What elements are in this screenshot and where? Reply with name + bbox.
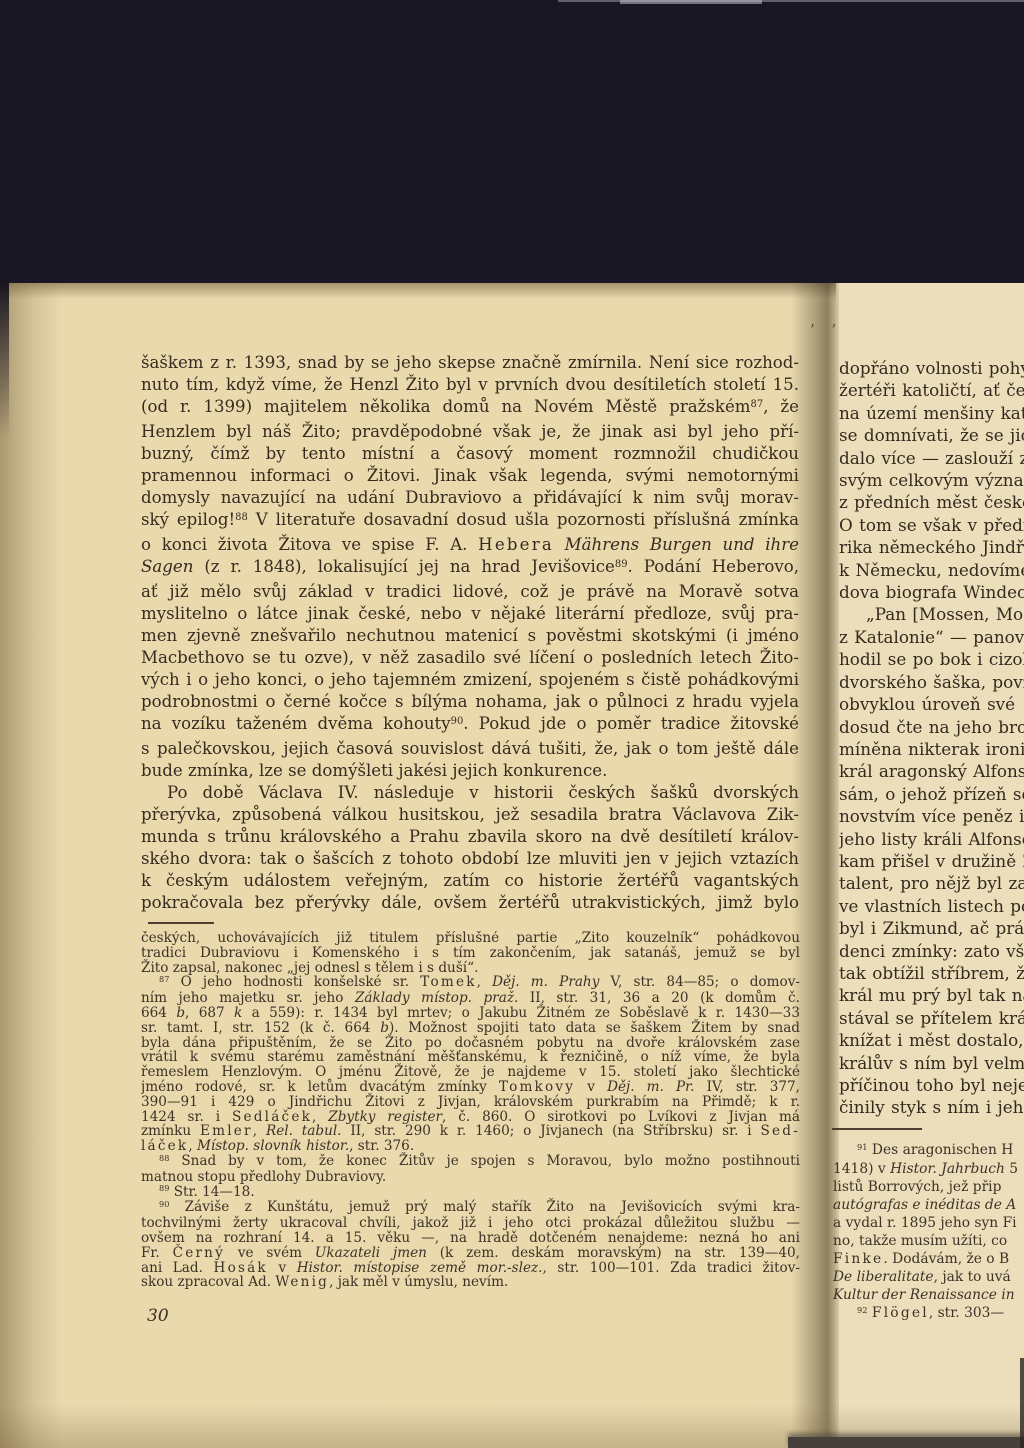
text-line: ať již mělo svůj základ v tradici lidové… (141, 581, 799, 603)
text-line: šaškem z r. 1393, snad by se jeho skepse… (141, 352, 799, 374)
text-line: se domnívati, že se jic (839, 424, 1024, 446)
text-line: O tom se však v předn (839, 514, 1024, 536)
text-line: Henzlem byl náš Žito; pravděpodobné však… (141, 421, 799, 443)
text-line: dopřáno volnosti pohy (839, 357, 1024, 379)
text-line: denci zmínky: zato vša (839, 940, 1024, 962)
text-line: svým celkovým význa (839, 469, 1024, 491)
text-line: 1418) v Histor. Jahrbuch 5 (833, 1160, 1024, 1178)
text-line: Kultur der Renaissance in (833, 1286, 1024, 1304)
text-line: kam přišel v družině Z (839, 850, 1024, 872)
text-line: podrobnostmi o černé kočce s bílýma noha… (141, 691, 799, 713)
text-line: sr. tamt. I, str. 152 (k č. 664 b). Možn… (141, 1021, 800, 1036)
text-line: přerývka, způsobená válkou husitskou, je… (141, 804, 799, 826)
text-line: knížat i měst dostalo, (839, 1029, 1024, 1051)
footnotes-right: 91 Des aragonischen H1418) v Histor. Jah… (833, 1141, 1024, 1323)
page-number: 30 (147, 1306, 169, 1326)
text-line: ovšem na rozhraní 14. a 15. věku —, na h… (141, 1231, 800, 1246)
text-line: 87 O jeho hodnosti konšelské sr. Tomek, … (141, 975, 800, 991)
text-line: ského dvora: tak o šašcích z tohoto obdo… (141, 848, 799, 870)
text-line: s palečkovskou, jejich časová souvislost… (141, 738, 799, 760)
page-left-crease (0, 283, 62, 1448)
text-line: Sagen (z r. 1848), lokalisující jej na h… (141, 556, 799, 581)
text-line: skou zpracoval Ad. Wenig, jak měl v úmys… (141, 1275, 800, 1290)
text-line: rika německého Jindři (839, 536, 1024, 558)
right-text-column: dopřáno volnosti pohyžertéři katoličtí, … (839, 357, 1024, 1119)
text-line: obvyklou úroveň své (839, 693, 1024, 715)
footnote-separator-right (832, 1128, 922, 1130)
text-line: tradici Dubraviovu i Komenského i s tím … (141, 946, 800, 961)
text-line: 390—91 i 429 o Jindřichu Žitovi z Jivjan… (141, 1095, 800, 1110)
text-line: (od r. 1399) majitelem několika domů na … (141, 396, 799, 421)
main-text-column: šaškem z r. 1393, snad by se jeho skepse… (141, 352, 799, 914)
text-line: na vozíku taženém dvěma kohouty90. Pokud… (141, 713, 799, 738)
text-line: k českým událostem veřejným, zatím co hi… (141, 870, 799, 892)
text-line: domysly navazující na udání Dubraviovo a… (141, 487, 799, 509)
text-line: českých, uchovávajících již titulem přís… (141, 931, 800, 946)
text-line: o konci života Žitova ve spise F. A. Heb… (141, 534, 799, 556)
text-line: nuto tím, když víme, že Henzl Žito byl v… (141, 374, 799, 396)
text-line: 89 Str. 14—18. (141, 1185, 800, 1201)
text-line: 664 b, 687 k a 559): r. 1434 byl mrtev; … (141, 1006, 800, 1021)
text-line: a vydal r. 1895 jeho syn Fi (833, 1214, 1024, 1232)
text-line: no, takže musím užíti, co (833, 1232, 1024, 1250)
text-line: novstvím více peněz i (839, 805, 1024, 827)
text-line: byla dána připuštěním, že se Žito po doč… (141, 1036, 800, 1051)
footnotes-left: českých, uchovávajících již titulem přís… (141, 931, 800, 1290)
text-line: 91 Des aragonischen H (833, 1141, 1024, 1160)
text-line: dova biografa Windeck (839, 581, 1024, 603)
table-edge-shadow (788, 1437, 1024, 1448)
text-line: dalo více — zaslouží z (839, 447, 1024, 469)
text-line: vých i o jeho konci, o jeho tajemném zmi… (141, 669, 799, 691)
text-line: Fr. Černý ve svém Ukazateli jmen (k zem.… (141, 1246, 800, 1261)
text-line: tak obtížil stříbrem, ž (839, 962, 1024, 984)
text-line: 90 Záviše z Kunštátu, jemuž prý malý sta… (141, 1200, 800, 1216)
page-left-edge-shadow (0, 283, 9, 438)
text-line: z předních měst česko (839, 491, 1024, 513)
text-line: matnou stopu předlohy Dubraviovy. (141, 1170, 800, 1185)
text-line: zmínku Emler, Rel. tabul. II, str. 290 k… (141, 1124, 800, 1139)
text-line: řemeslem Henzlovým. O jménu Žitově, že j… (141, 1065, 800, 1080)
text-line: 1424 sr. i Sedláček, Zbytky register, č.… (141, 1110, 800, 1125)
text-line: ním jeho majetku sr. jeho Základy místop… (141, 991, 800, 1006)
photo-background (0, 0, 1024, 283)
text-line: tochvilnými žerty ukracoval chvíli, jako… (141, 1216, 800, 1231)
text-line: ani Lad. Hosák v Histor. místopise země … (141, 1261, 800, 1276)
text-line: stával se přítelem krále (839, 1007, 1024, 1029)
text-line: pramennou informaci o Žitovi. Jinak však… (141, 465, 799, 487)
text-line: z Katalonie“ — panov (839, 626, 1024, 648)
text-line: men zjevně znešvařilo nechutnou matenicí… (141, 625, 799, 647)
text-line: myslitelno o látce jinak české, nebo v n… (141, 603, 799, 625)
text-line: jméno rodové, sr. k letům dvacátým zmínk… (141, 1080, 800, 1095)
text-line: k Německu, nedovíme (839, 559, 1024, 581)
text-line: král mu prý byl tak nak (839, 984, 1024, 1006)
text-line: munda s trůnu královského a Prahu zbavil… (141, 826, 799, 848)
text-line: De liberalitate, jak to uvá (833, 1268, 1024, 1286)
text-line: talent, pro nějž byl zah (839, 872, 1024, 894)
text-line: dosud čte na jeho bro (839, 716, 1024, 738)
text-line: listů Borrových, jež přip (833, 1178, 1024, 1196)
text-line: pokračovala bez přerývky dále, ovšem žer… (141, 892, 799, 914)
text-line: Macbethovo se tu ozve), v něž zasadilo s… (141, 647, 799, 669)
text-line: králův s ním byl velmi (839, 1052, 1024, 1074)
text-line: ský epilog!88 V literatuře dosavadní dos… (141, 509, 799, 534)
scan-right-edge-shadow (1020, 1358, 1024, 1448)
text-line: žertéři katoličtí, ať češ (839, 379, 1024, 401)
text-line: příčinou toho byl nejen (839, 1074, 1024, 1096)
scan-edge-notch (620, 0, 762, 4)
text-line: činily styk s ním i jeho (839, 1096, 1024, 1118)
text-line: byl i Zikmund, ač práv (839, 917, 1024, 939)
text-line: dvorského šaška, povz (839, 671, 1024, 693)
text-line: král aragonský Alfons j (839, 760, 1024, 782)
text-line: „Pan [Mossen, Mo (839, 603, 1024, 625)
text-line: 92 Flögel, str. 303— (833, 1304, 1024, 1323)
text-line: Finke. Dodávám, že o B (833, 1250, 1024, 1268)
text-line: na území menšiny kat (839, 402, 1024, 424)
text-line: hodil se po bok i cizok (839, 648, 1024, 670)
text-line: vrátil k svému starému zaměstnání měšťan… (141, 1050, 800, 1065)
text-line: buzný, čímž by tento místní a časový mom… (141, 443, 799, 465)
stray-marks: ’ ’ (810, 321, 842, 339)
book-page-left: ’ ’ šaškem z r. 1393, snad by se jeho sk… (0, 283, 1024, 1448)
text-line: míněna nikterak ironick (839, 738, 1024, 760)
text-line: autógrafas e inéditas de A (833, 1196, 1024, 1214)
text-line: jeho listy králi Alfonso (839, 828, 1024, 850)
text-line: 88 Snad by v tom, že konec Žitův je spoj… (141, 1154, 800, 1170)
footnote-separator-left (148, 922, 214, 924)
text-line: Po době Václava IV. následuje v historii… (141, 782, 799, 804)
text-line: sám, o jehož přízeň se (839, 783, 1024, 805)
text-line: láček, Místop. slovník histor., str. 376… (141, 1139, 800, 1154)
text-line: ve vlastních listech po (839, 895, 1024, 917)
text-line: Žito zapsal, nakonec „jej odnesl s tělem… (141, 961, 800, 976)
text-line: bude zmínka, lze se domýšleti jakési jej… (141, 760, 799, 782)
